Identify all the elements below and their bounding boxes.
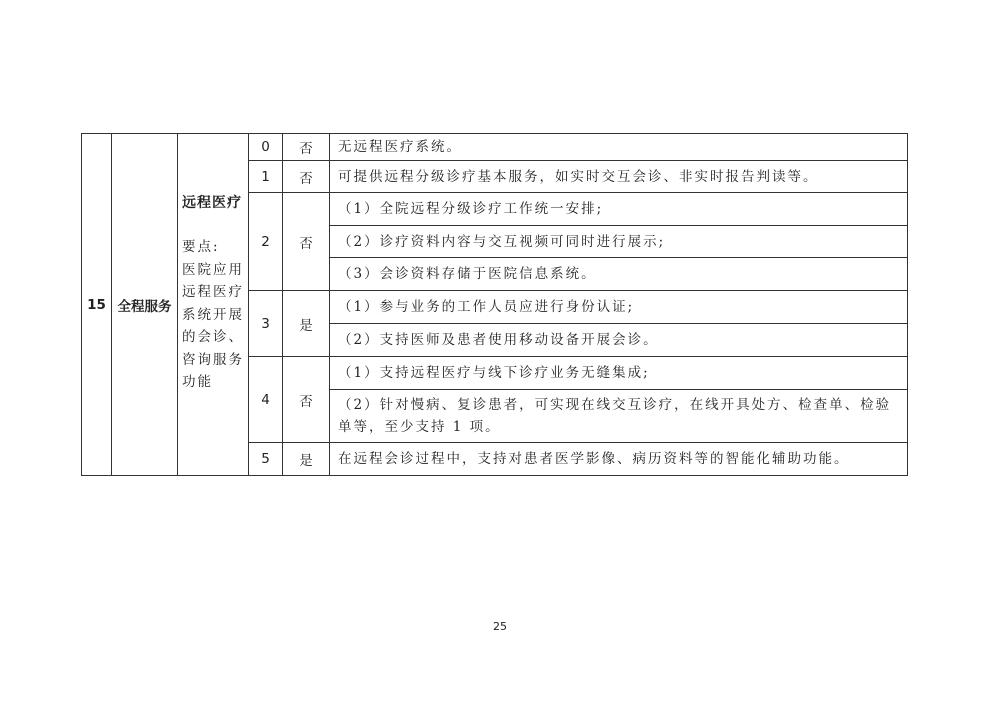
- flag-4: 否: [283, 357, 330, 443]
- item-title: 远程医疗: [182, 192, 244, 212]
- level-2: 2: [249, 193, 283, 291]
- level-4: 4: [249, 357, 283, 443]
- evaluation-table: 15 全程服务 远程医疗 要点: 医院应用 远程医疗 系统开展 的会诊、 咨询服…: [81, 133, 908, 476]
- item-point-line: 功能: [182, 371, 244, 394]
- flag-5: 是: [283, 443, 330, 476]
- item-point-line: 系统开展: [182, 304, 244, 327]
- flag-3: 是: [283, 291, 330, 357]
- item-points-label: 要点:: [182, 236, 244, 259]
- description: （2）诊疗资料内容与交互视频可同时进行展示;: [330, 226, 908, 258]
- item-point-line: 远程医疗: [182, 281, 244, 304]
- level-0: 0: [249, 134, 283, 161]
- level-5: 5: [249, 443, 283, 476]
- item-points: 要点: 医院应用 远程医疗 系统开展 的会诊、 咨询服务 功能: [182, 236, 244, 394]
- description: （1）全院远程分级诊疗工作统一安排;: [330, 193, 908, 226]
- description: （2）支持医师及患者使用移动设备开展会诊。: [330, 324, 908, 357]
- description: （1）支持远程医疗与线下诊疗业务无缝集成;: [330, 357, 908, 390]
- flag-1: 否: [283, 161, 330, 193]
- level-1: 1: [249, 161, 283, 193]
- description: 可提供远程分级诊疗基本服务，如实时交互会诊、非实时报告判读等。: [330, 161, 908, 193]
- page-number: 25: [0, 620, 1000, 633]
- flag-0: 否: [283, 134, 330, 161]
- level-3: 3: [249, 291, 283, 357]
- description: （1）参与业务的工作人员应进行身份认证;: [330, 291, 908, 324]
- item-point-line: 医院应用: [182, 259, 244, 282]
- description: （2）针对慢病、复诊患者，可实现在线交互诊疗，在线开具处方、检查单、检验单等，至…: [330, 390, 908, 443]
- item-cell: 远程医疗 要点: 医院应用 远程医疗 系统开展 的会诊、 咨询服务 功能: [178, 134, 249, 476]
- description: （3）会诊资料存储于医院信息系统。: [330, 258, 908, 291]
- category: 全程服务: [112, 134, 178, 476]
- row-number: 15: [82, 134, 112, 476]
- flag-2: 否: [283, 193, 330, 291]
- item-point-line: 咨询服务: [182, 349, 244, 372]
- description: 在远程会诊过程中，支持对患者医学影像、病历资料等的智能化辅助功能。: [330, 443, 908, 476]
- description: 无远程医疗系统。: [330, 134, 908, 161]
- item-point-line: 的会诊、: [182, 326, 244, 349]
